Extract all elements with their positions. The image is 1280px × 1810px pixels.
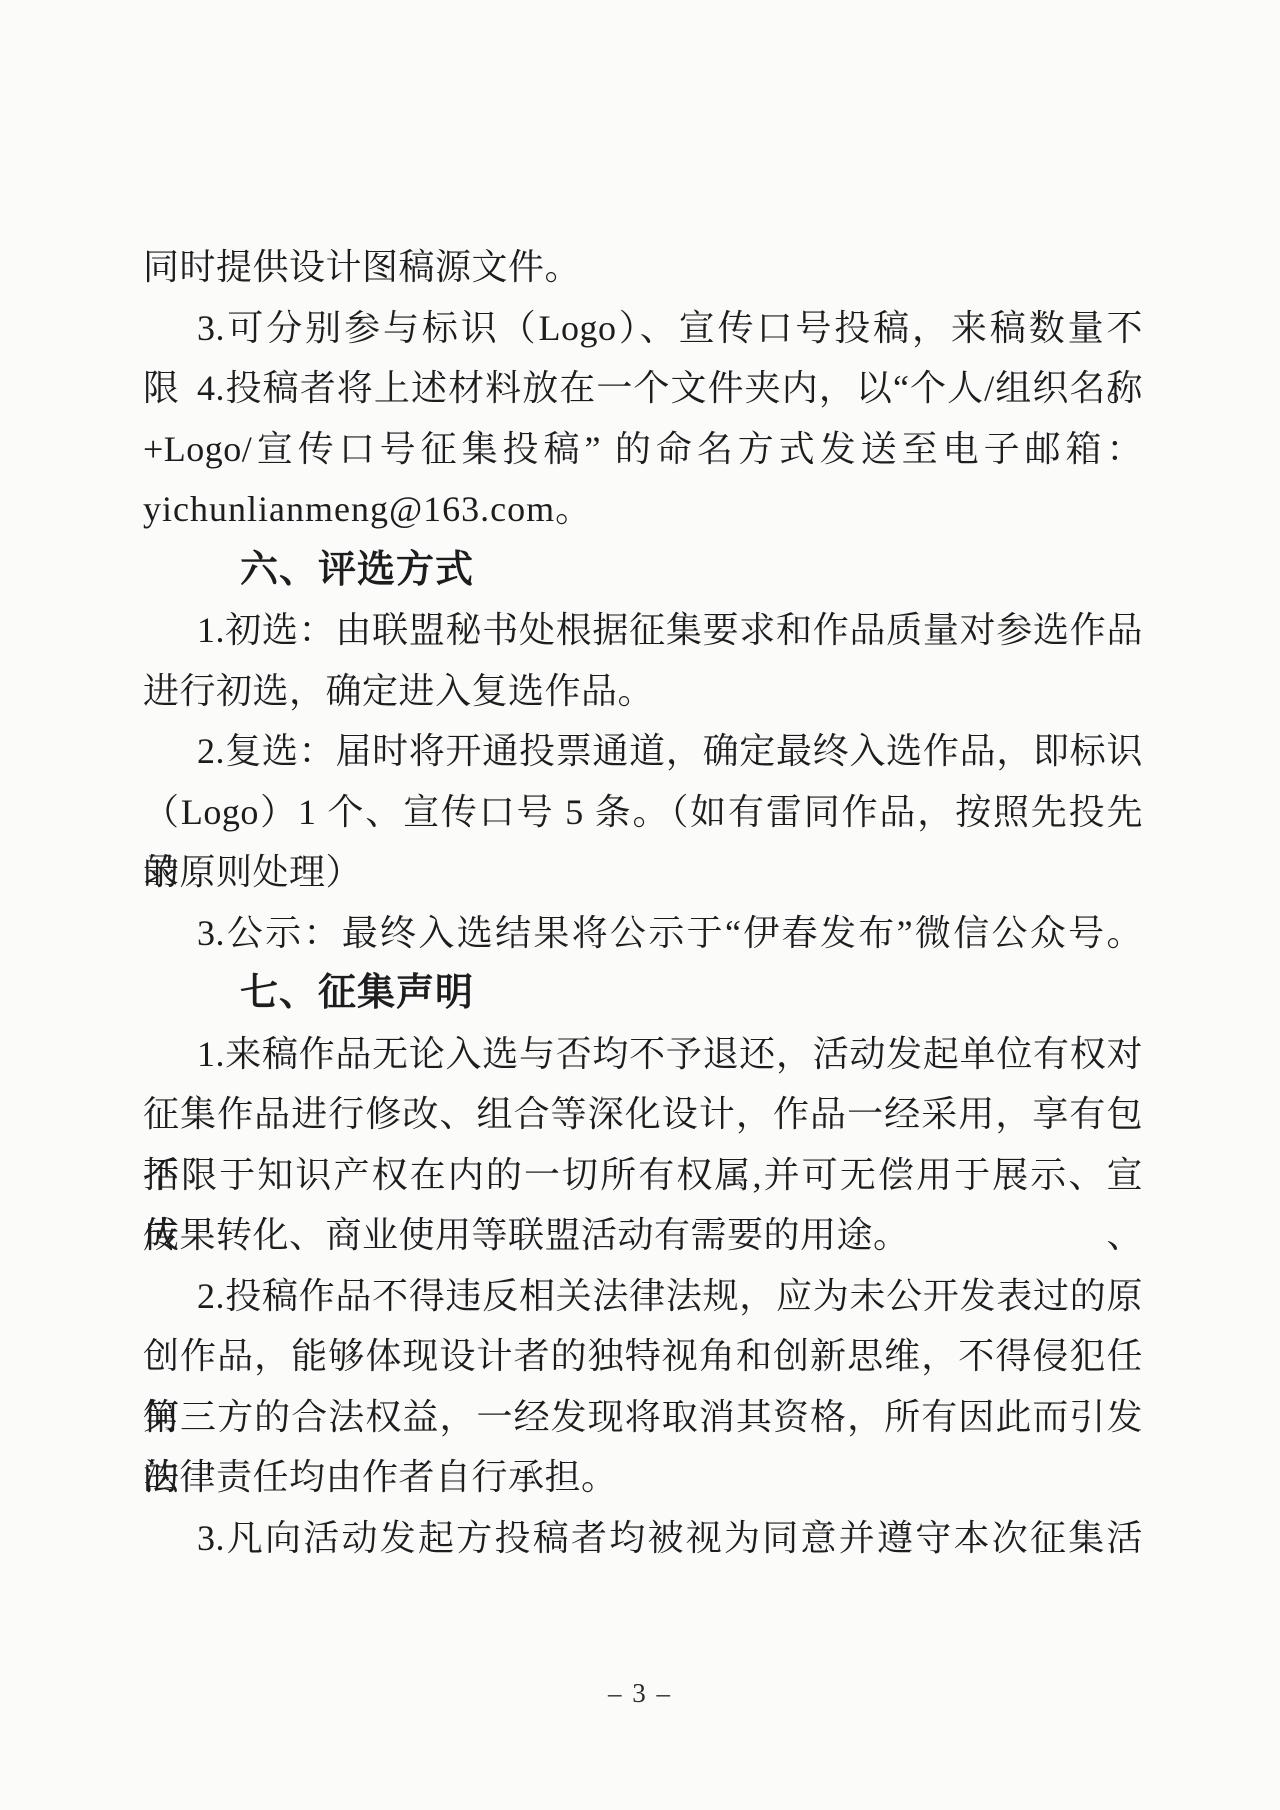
doc-line: 法律责任均由作者自行承担。 — [143, 1447, 1143, 1508]
doc-line: 4.投稿者将上述材料放在一个文件夹内，以“个人/组织名称 — [143, 358, 1143, 419]
doc-line: （Logo）1 个、宣传口号 5 条。（如有雷同作品，按照先投先录 — [143, 782, 1143, 843]
doc-line: 征集作品进行修改、组合等深化设计，作品一经采用，享有包括 — [143, 1084, 1143, 1145]
document-page: 同时提供设计图稿源文件。 3.可分别参与标识（Logo）、宣传口号投稿，来稿数量… — [0, 0, 1280, 1810]
email-address: yichunlianmeng@163.com。 — [143, 479, 1143, 540]
doc-line: 进行初选，确定进入复选作品。 — [143, 661, 1143, 722]
section-heading-declaration: 七、征集声明 — [143, 963, 1143, 1024]
doc-line: 3.公示：最终入选结果将公示于“伊春发布”微信公众号。 — [143, 903, 1143, 964]
doc-line: 3.可分别参与标识（Logo）、宣传口号投稿，来稿数量不限。 — [143, 298, 1143, 359]
doc-line: 2.复选：届时将开通投票通道，确定最终入选作品，即标识 — [143, 721, 1143, 782]
doc-line: 1.来稿作品无论入选与否均不予退还，活动发起单位有权对 — [143, 1024, 1143, 1085]
doc-line: 第三方的合法权益，一经发现将取消其资格，所有因此而引发的 — [143, 1387, 1143, 1448]
section-heading-evaluation: 六、评选方式 — [143, 540, 1143, 601]
doc-line: +Logo/宣传口号征集投稿” 的命名方式发送至电子邮箱： — [143, 419, 1143, 480]
doc-line: 2.投稿作品不得违反相关法律法规，应为未公开发表过的原 — [143, 1266, 1143, 1327]
doc-line: 3.凡向活动发起方投稿者均被视为同意并遵守本次征集活 — [143, 1508, 1143, 1569]
document-body: 同时提供设计图稿源文件。 3.可分别参与标识（Logo）、宣传口号投稿，来稿数量… — [143, 237, 1143, 1568]
doc-line: 创作品，能够体现设计者的独特视角和创新思维，不得侵犯任何 — [143, 1326, 1143, 1387]
page-number: – 3 – — [0, 1678, 1280, 1709]
doc-line: 的原则处理） — [143, 842, 1143, 903]
doc-line: 同时提供设计图稿源文件。 — [143, 237, 1143, 298]
doc-line: 不限于知识产权在内的一切所有权属,并可无偿用于展示、宣传、 — [143, 1145, 1143, 1206]
doc-line: 1.初选：由联盟秘书处根据征集要求和作品质量对参选作品 — [143, 600, 1143, 661]
